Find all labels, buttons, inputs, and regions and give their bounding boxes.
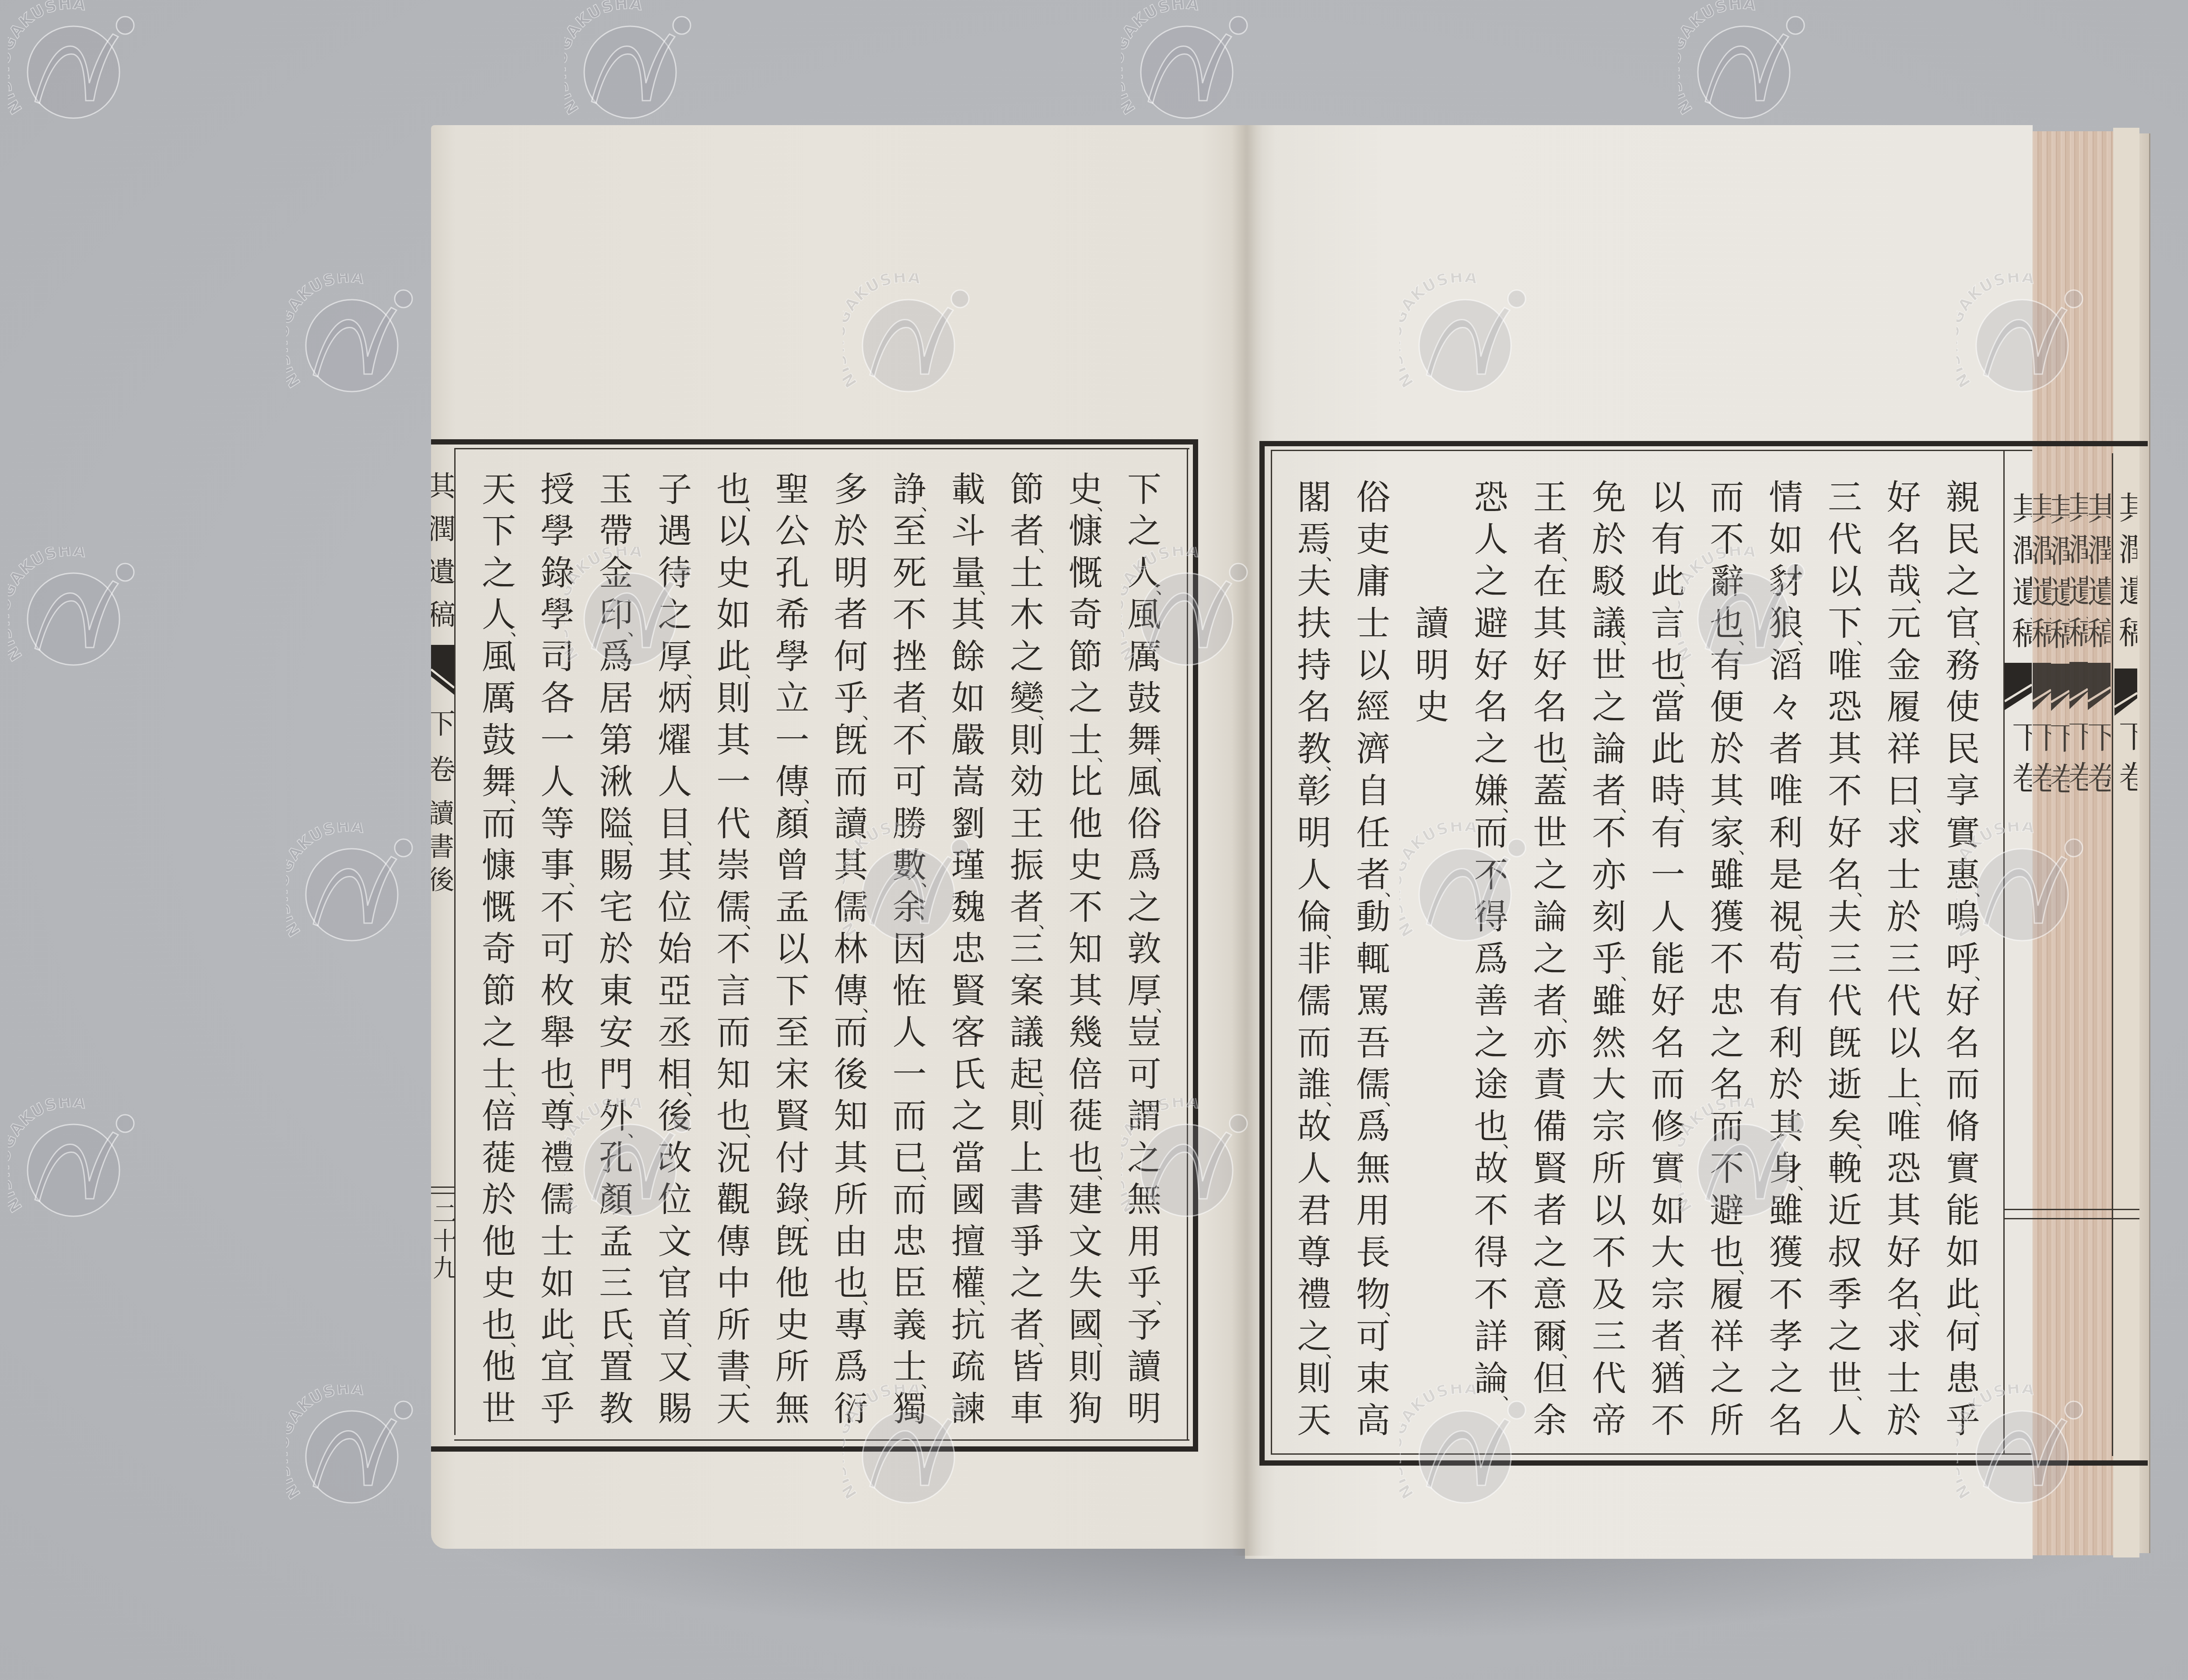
character: 亦: [1532, 1022, 1568, 1064]
character: 木: [1009, 595, 1045, 637]
character: 如: [1767, 519, 1804, 561]
character: 責: [1532, 1064, 1568, 1106]
character: 案: [1009, 970, 1045, 1012]
character: 則: [715, 678, 752, 720]
character: 當: [950, 1137, 987, 1179]
character: 一: [715, 762, 752, 804]
character: 余: [1532, 1400, 1568, 1442]
text-column: 王者、在其好名也、蓋世之論之者、亦責備賢者之意爾、但余: [1521, 477, 1580, 1442]
character: 俗: [1355, 477, 1392, 519]
character: 付: [774, 1137, 810, 1179]
character: 者、: [1532, 519, 1568, 561]
character: 宋: [774, 1054, 810, 1096]
character: 意: [1532, 1274, 1568, 1316]
character: 禮: [1296, 1274, 1332, 1316]
character: 代: [1886, 980, 1922, 1022]
character: 而: [1709, 1106, 1746, 1148]
character: 雖: [1767, 1190, 1804, 1232]
character: 人: [1296, 1148, 1332, 1190]
character: 上、: [1886, 1064, 1922, 1106]
character: 免: [1591, 477, 1627, 519]
character: 世: [1532, 812, 1568, 854]
character: 而: [832, 762, 869, 804]
character: 傳、: [774, 762, 810, 804]
character: 傳、: [832, 970, 869, 1012]
character: 詳: [1473, 1316, 1510, 1358]
punctuation-mark: 、: [1797, 629, 1815, 647]
punctuation-mark: 、: [803, 787, 821, 805]
character: 不: [1473, 1274, 1510, 1316]
frame-top-thin: [1271, 450, 2032, 451]
character: 之、: [1296, 1316, 1332, 1358]
punctuation-mark: 、: [921, 1372, 939, 1390]
character: 不: [1473, 1190, 1510, 1232]
character: 何: [1945, 1316, 1981, 1358]
character: 司: [539, 636, 576, 678]
text-column: 俗吏庸士以經濟自任者、動輒罵吾儒、爲無用長物、可束高: [1344, 477, 1403, 1442]
character: 下: [1126, 469, 1163, 511]
character: 庸: [1355, 561, 1392, 603]
character: 何: [832, 636, 869, 678]
character: 効: [1009, 762, 1045, 804]
character: 濟: [1355, 728, 1392, 770]
character: 如: [539, 1263, 576, 1305]
text-column: 授學錄學司各一人等事、不可枚舉也、尊禮儒士如此、宜乎: [528, 469, 587, 1430]
punctuation-mark: 、: [569, 871, 586, 889]
character: 客: [950, 1012, 987, 1054]
character: 々: [1767, 686, 1804, 728]
punctuation-mark: 、: [1797, 1174, 1815, 1192]
character: 此: [1650, 561, 1687, 603]
punctuation-mark: 、: [1680, 1342, 1697, 1360]
text-column: 下之人、風厲鼓舞、風俗爲之敦厚、豈可謂之無用乎、予讀明: [1115, 469, 1174, 1430]
page-number-rule: [2005, 1218, 2139, 1219]
character: 其: [832, 1137, 869, 1179]
character: 位: [656, 887, 693, 929]
character: 亦: [1591, 854, 1627, 896]
punctuation-mark: 、: [628, 829, 645, 847]
character: 蓰: [1067, 1096, 1104, 1138]
character: 便: [1709, 686, 1746, 728]
punctuation-mark: 、: [1915, 587, 1933, 605]
character: 矣、: [1827, 1106, 1863, 1148]
character: 賢: [1532, 1148, 1568, 1190]
punctuation-mark: 、: [1620, 629, 1638, 647]
character: 孔: [774, 553, 810, 595]
character: 者、: [1355, 854, 1392, 896]
character: 之: [1591, 686, 1627, 728]
character: 以: [1355, 645, 1392, 687]
text-column: 史、慷慨奇節之士、比他史不知其幾倍蓰也、建文失國、則狥: [1056, 469, 1115, 1430]
character: 之: [1709, 1358, 1746, 1400]
character: 呼、: [1945, 938, 1981, 980]
character: 疏: [950, 1347, 987, 1389]
character: 豺: [1767, 561, 1804, 603]
character: 又: [656, 1347, 693, 1389]
frame-right-thick: [1193, 439, 1198, 1452]
character: 可: [539, 929, 576, 971]
character: 之: [1126, 1137, 1163, 1179]
character: 氏、: [598, 1305, 635, 1347]
character: 權、: [950, 1263, 987, 1305]
character: 物、: [1355, 1274, 1392, 1316]
frame-bottom-thick: [431, 1446, 1198, 1452]
character: 者、: [1009, 887, 1045, 929]
character: 名、: [1886, 1274, 1922, 1316]
character: 可: [891, 762, 928, 804]
character: 也、: [1067, 1137, 1104, 1179]
character: 以: [1591, 1190, 1627, 1232]
character: 之: [1126, 887, 1163, 929]
fishtail-mark-icon: [2088, 663, 2111, 711]
character: 也、: [1709, 1232, 1746, 1274]
character: 也、: [1532, 728, 1568, 770]
character: 之: [1532, 1232, 1568, 1274]
character: 利: [1767, 1022, 1804, 1064]
frame-bottom-thick: [1259, 1460, 2148, 1466]
punctuation-mark: 、: [1038, 1331, 1056, 1348]
character: 厲: [1126, 636, 1163, 678]
character: 希: [774, 595, 810, 637]
banxin-divider-line: [454, 448, 456, 1435]
character: 金: [1886, 645, 1922, 687]
character: 名: [1886, 519, 1922, 561]
character: 唯: [1767, 770, 1804, 812]
character: 獲: [1767, 1232, 1804, 1274]
character: 是: [1767, 854, 1804, 896]
character: 則: [1009, 1096, 1045, 1138]
left-banxin: 其潤遺稿 下卷 讀書後: [431, 455, 454, 906]
character: 隘、: [598, 803, 635, 845]
character: 於: [598, 929, 635, 971]
character: 非: [1296, 938, 1332, 980]
character: 餘: [950, 636, 987, 678]
punctuation-mark: 、: [921, 495, 939, 513]
character: 儒: [832, 887, 869, 929]
character: 獲: [1709, 896, 1746, 938]
character: 但: [1532, 1358, 1568, 1400]
character: 諫: [950, 1388, 987, 1430]
character: 輒: [1355, 938, 1392, 980]
volume-label: 下卷: [2116, 720, 2137, 802]
character: 不: [1709, 519, 1746, 561]
character: 至: [891, 511, 928, 553]
character: 數、: [891, 845, 928, 887]
text-column: 諍、至死不挫者、不可勝數、余因恠人一而已、而忠臣義士、獨: [880, 469, 939, 1430]
character: 宗: [1591, 1106, 1627, 1148]
character: 鼓: [480, 720, 517, 762]
character: 及: [1591, 1274, 1627, 1316]
character: 官: [656, 1263, 693, 1305]
character: 長: [1355, 1232, 1392, 1274]
section-heading: 讀明史: [1403, 477, 1462, 1442]
character: 人、: [1126, 553, 1163, 595]
character: 節: [1067, 636, 1104, 678]
character: 其: [950, 595, 987, 637]
character: 旣: [832, 720, 869, 762]
character: 世、: [1827, 1358, 1863, 1400]
page-number-rule: [2005, 1209, 2139, 1210]
character: 而: [891, 1096, 928, 1138]
frame-right-thin: [1187, 448, 1188, 1441]
character: 他: [774, 1263, 810, 1305]
character: 身、: [1767, 1148, 1804, 1190]
character: 舞、: [1126, 720, 1163, 762]
frame-top-thick: [1259, 441, 2148, 446]
fishtail-mark-icon: [2051, 664, 2069, 712]
character: 者、: [1591, 770, 1627, 812]
text-column: 情如豺狼、滔々者唯利是視、苟有利於其身、雖獲不孝之名: [1757, 477, 1816, 1442]
character: 刻: [1591, 896, 1627, 938]
character: 不: [1591, 1232, 1627, 1274]
character: 所: [832, 1179, 869, 1221]
text-column: 多於明者何乎、旣而讀其儒林傳、而後知其所由也、專爲衍: [821, 469, 880, 1430]
text-column: 節者、土木之變、則効王振者、三案議起、則上書爭之者、皆車: [998, 469, 1056, 1430]
book-title: 其潤遺稿: [2069, 491, 2088, 658]
character: 代: [715, 803, 752, 845]
character: 無: [774, 1388, 810, 1430]
character: 者、: [1532, 980, 1568, 1022]
punctuation-mark: 、: [921, 704, 939, 721]
page-number-rule: [431, 1193, 454, 1194]
punctuation-mark: 、: [1915, 1090, 1933, 1108]
character: 人: [1296, 854, 1332, 896]
character: 履: [1886, 686, 1922, 728]
character: 下: [480, 511, 517, 553]
character: 劉: [950, 803, 987, 845]
frame-bottom-thin: [454, 1439, 1189, 1441]
character: 其: [1827, 728, 1863, 770]
text-column: 恐人之避好名之嫌、而不得爲善之途也、故不得不詳論、: [1462, 477, 1521, 1442]
character: 不: [891, 595, 928, 637]
character: 丞: [656, 1012, 693, 1054]
character: 忠: [891, 1221, 928, 1263]
character: 因: [891, 929, 928, 971]
punctuation-mark: 、: [745, 913, 762, 931]
character: 乎、: [1126, 1263, 1163, 1305]
character: 則: [1067, 1347, 1104, 1389]
character: 言: [1650, 603, 1687, 645]
character: 束: [1355, 1358, 1392, 1400]
character: 金: [598, 553, 635, 595]
character: 恠: [891, 970, 928, 1012]
character: 三: [1591, 1316, 1627, 1358]
text-column: 天下之人、風厲鼓舞、而慷慨奇節之士、倍蓰於他史也、他世: [470, 469, 528, 1430]
character: 挫: [891, 636, 928, 678]
character: 扶: [1296, 603, 1332, 645]
character: 也、: [715, 469, 752, 511]
character: 好: [1473, 645, 1510, 687]
character: 在: [1532, 561, 1568, 603]
character: 民: [1945, 519, 1981, 561]
character: 人: [1827, 1400, 1863, 1442]
character: 而: [1650, 1064, 1687, 1106]
character: 旣: [774, 1221, 810, 1263]
character: 情: [1767, 477, 1804, 519]
character: 居: [598, 678, 635, 720]
character: 鼓: [1126, 678, 1163, 720]
character: 之: [480, 553, 517, 595]
character: 好: [1945, 980, 1981, 1022]
character: 三: [1827, 938, 1863, 980]
character: 王: [1009, 803, 1045, 845]
punctuation-mark: 、: [803, 1205, 821, 1223]
punctuation-mark: 、: [1038, 1080, 1056, 1098]
punctuation-mark: 、: [862, 1289, 880, 1306]
character: 履: [1709, 1274, 1746, 1316]
punctuation-mark: 、: [569, 1080, 586, 1098]
punctuation-mark: 、: [1385, 1300, 1402, 1318]
left-page-text: 下之人、風厲鼓舞、風俗爲之敦厚、豈可謂之無用乎、予讀明史、慷慨奇節之士、比他史不…: [470, 469, 1174, 1430]
punctuation-mark: 、: [1739, 629, 1756, 647]
character: 者: [832, 595, 869, 637]
character: 慷: [480, 845, 517, 887]
character: 夫: [1296, 561, 1332, 603]
character: 奇: [480, 929, 517, 971]
character: 無: [1355, 1148, 1392, 1190]
fishtail-mark-icon: [431, 645, 454, 695]
character: 多: [832, 469, 869, 511]
character: 而: [832, 1012, 869, 1054]
book-title: 其潤遺稿: [2033, 492, 2051, 658]
character: 抗: [950, 1305, 987, 1347]
character: 第: [598, 720, 635, 762]
punctuation-mark: 、: [745, 662, 762, 680]
character: 載: [950, 469, 987, 511]
character: 厲: [480, 678, 517, 720]
character: 帝: [1591, 1400, 1627, 1442]
character: 元: [1886, 603, 1922, 645]
text-column: 好名哉、元金履祥曰、求士於三代以上、唯恐其好名、求士於: [1875, 477, 1934, 1442]
character: 於: [1591, 519, 1627, 561]
character: 授: [539, 469, 576, 511]
character: 於: [480, 1179, 517, 1221]
character: 孟: [598, 1221, 635, 1263]
character: 子: [656, 469, 693, 511]
character: 近: [1827, 1190, 1863, 1232]
character: 教: [598, 1388, 635, 1430]
stacked-leaf-banxin: 其潤遺稿 下卷: [2069, 480, 2088, 830]
character: 明: [1126, 1388, 1163, 1430]
character: 孟: [774, 887, 810, 929]
character: 如: [950, 678, 987, 720]
punctuation-mark: 、: [1561, 545, 1579, 563]
punctuation-mark: 、: [1561, 755, 1579, 772]
character: 則: [1009, 720, 1045, 762]
punctuation-mark: 、: [1974, 965, 1992, 982]
text-column: 也、以史如此、則其一代崇儒、不言而知也、況觀傳中所書、天: [704, 469, 763, 1430]
volume-label: 下卷: [2051, 721, 2069, 804]
character: 炳: [656, 678, 693, 720]
punctuation-mark: 、: [1620, 797, 1638, 814]
character: 乎: [1945, 1400, 1981, 1442]
character: 以: [1827, 561, 1863, 603]
punctuation-mark: 、: [1156, 746, 1173, 763]
character: 幾: [1067, 1012, 1104, 1054]
character: 曾: [774, 845, 810, 887]
punctuation-mark: 、: [1097, 1164, 1115, 1181]
character: 敦: [1126, 929, 1163, 971]
character: 衍: [832, 1388, 869, 1430]
character: 苟: [1767, 938, 1804, 980]
character: 避: [1473, 603, 1510, 645]
character: 儒: [1296, 980, 1332, 1022]
character: 爾、: [1532, 1316, 1568, 1358]
punctuation-mark: 、: [1503, 1384, 1520, 1402]
character: 專: [832, 1305, 869, 1347]
punctuation-mark: 、: [921, 871, 939, 889]
character: 人: [1650, 896, 1687, 938]
character: 不: [1591, 812, 1627, 854]
character: 一: [1650, 854, 1687, 896]
character: 義: [891, 1305, 928, 1347]
character: 士: [539, 1221, 576, 1263]
character: 所: [1591, 1148, 1627, 1190]
character: 一: [891, 1054, 928, 1096]
character: 後: [832, 1054, 869, 1096]
character: 枚: [539, 970, 576, 1012]
character: 人: [656, 762, 693, 804]
character: 不: [539, 887, 576, 929]
character: 議: [1009, 1012, 1045, 1054]
character: 如: [1650, 1190, 1687, 1232]
character: 觀: [715, 1179, 752, 1221]
character: 不: [1473, 854, 1510, 896]
character: 叔: [1827, 1232, 1863, 1274]
character: 之: [1009, 1263, 1045, 1305]
punctuation-mark: 、: [921, 1164, 939, 1181]
character: 失: [1067, 1263, 1104, 1305]
character: 賜: [598, 845, 635, 887]
character: 恐: [1886, 1148, 1922, 1190]
character: 得: [1473, 1232, 1510, 1274]
character: 之: [1473, 1022, 1510, 1064]
character: 有: [1650, 519, 1687, 561]
character: 慨: [1067, 553, 1104, 595]
punctuation-mark: 、: [745, 495, 762, 513]
character: 其: [715, 720, 752, 762]
character: 儒: [539, 1179, 576, 1221]
punctuation-mark: 、: [1561, 1007, 1579, 1024]
character: 而: [891, 1179, 928, 1221]
character: 以: [1650, 477, 1687, 519]
character: 孔: [598, 1137, 635, 1179]
character: 如: [715, 595, 752, 637]
punctuation-mark: 、: [510, 1080, 528, 1098]
character: 使: [1945, 686, 1981, 728]
character: 辭: [1709, 561, 1746, 603]
character: 宅: [598, 887, 635, 929]
character: 相、: [656, 1054, 693, 1096]
character: 旣: [1827, 1022, 1863, 1064]
book-fore-edge: [2139, 133, 2150, 1553]
character: 賜: [656, 1388, 693, 1430]
character: 下、: [1827, 603, 1863, 645]
character: 爲: [598, 636, 635, 678]
character: 振: [1009, 845, 1045, 887]
character: 而: [1473, 812, 1510, 854]
text-column: 玉帶金印、爲居第湫隘、賜宅於東安門外、孔顏孟三氏、置教: [587, 469, 645, 1430]
character: 爲: [1126, 845, 1163, 887]
character: 舉: [539, 1012, 576, 1054]
character: 滔: [1767, 645, 1804, 687]
fishtail-mark-icon: [2005, 663, 2032, 711]
character: 爲: [832, 1347, 869, 1389]
character: 高: [1355, 1400, 1392, 1442]
frame-bottom-thin: [1271, 1453, 2032, 1455]
character: 也、: [1473, 1106, 1510, 1148]
character: 孝: [1767, 1316, 1804, 1358]
